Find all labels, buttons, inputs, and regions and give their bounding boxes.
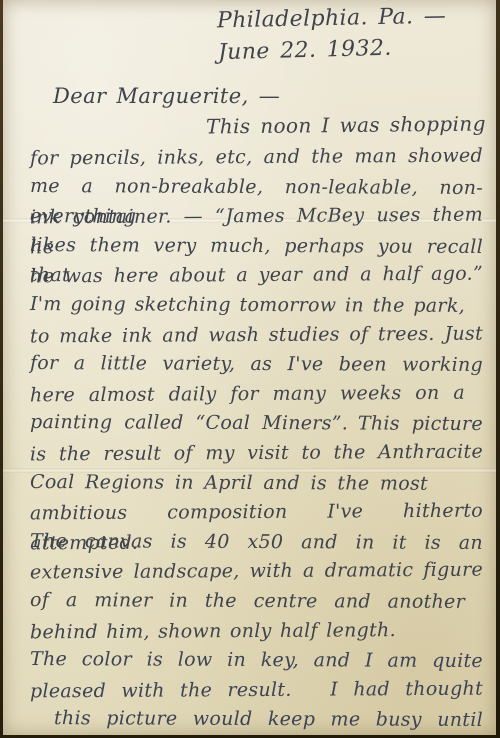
handwritten-line: Coal Regions in April and is the most	[30, 468, 483, 500]
handwritten-line: likes them very much, perhaps you recall…	[30, 231, 483, 263]
handwritten-line: is the result of my visit to the Anthrac…	[30, 438, 483, 470]
handwritten-line: this picture would keep me busy until we…	[30, 704, 483, 736]
letter-body: for pencils, inks, etc, and the man show…	[30, 143, 483, 735]
letter-page: Philadelphia. Pa. — June 22. 1932. Dear …	[3, 0, 496, 735]
handwritten-line: The color is low in key, and I am quite	[30, 645, 483, 677]
handwritten-line: me a non-breakable, non-leakable, non-ev…	[30, 172, 483, 204]
handwritten-line: painting called “Coal Miners”. This pict…	[30, 408, 483, 440]
handwritten-line: ambitious composition I've hitherto atte…	[30, 497, 483, 529]
handwritten-line: here almost daily for many weeks on a	[30, 378, 483, 410]
handwritten-line: extensive landscape, with a dramatic fig…	[30, 556, 483, 588]
handwritten-line: I'm going sketching tomorrow in the park…	[30, 290, 483, 322]
handwritten-line: pleased with the result. I had thought	[30, 674, 483, 706]
opening-line: This noon I was shopping	[206, 112, 486, 139]
handwritten-line: he was here about a year and a half ago.…	[30, 260, 483, 292]
handwritten-line: for a little variety, as I've been worki…	[30, 349, 483, 381]
handwritten-line: for pencils, inks, etc, and the man show…	[30, 142, 483, 174]
salutation: Dear Marguerite, —	[53, 84, 280, 108]
date-line: June 22. 1932.	[218, 36, 392, 66]
handwritten-line: The canvas is 40 x50 and in it is an	[30, 527, 483, 559]
handwritten-line: to make ink and wash studies of trees. J…	[30, 319, 483, 351]
handwritten-line: ink container. — “James McBey uses them …	[30, 201, 483, 233]
letter-photo: Philadelphia. Pa. — June 22. 1932. Dear …	[0, 0, 500, 738]
handwritten-line: behind him, shown only half length.	[30, 615, 483, 647]
handwritten-line: of a miner in the centre and another	[30, 586, 483, 618]
place-line: Philadelphia. Pa. —	[217, 4, 447, 34]
